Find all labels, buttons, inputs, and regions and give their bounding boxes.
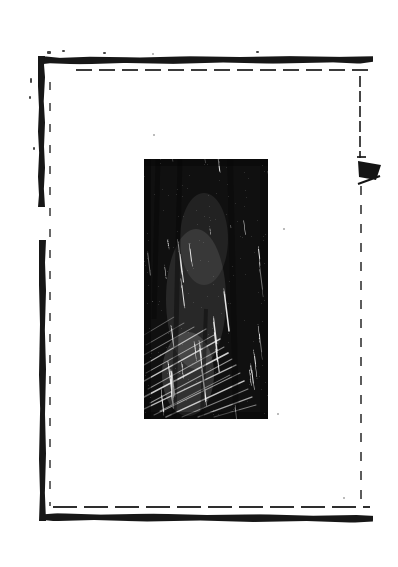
frame-top-border xyxy=(40,56,373,65)
frame-left-inner-rule xyxy=(49,82,51,506)
ink-speck xyxy=(29,96,31,99)
ink-speck xyxy=(343,497,345,499)
frame-right-inner-rule-lower xyxy=(360,186,362,502)
inked-out-block xyxy=(144,159,268,419)
ink-speck xyxy=(33,147,35,150)
ink-speck xyxy=(153,134,155,136)
frame-left-border-lower xyxy=(39,240,46,521)
frame-right-inner-rule-upper xyxy=(359,76,361,158)
frame-left-border-upper xyxy=(38,56,45,207)
scanned-page xyxy=(0,0,398,567)
adjacent-page-corner-artifact xyxy=(354,158,384,188)
ink-speck xyxy=(47,51,51,54)
ink-speck xyxy=(277,413,279,415)
ink-speck xyxy=(62,50,65,52)
frame-top-inner-rule xyxy=(76,69,370,71)
ink-speck xyxy=(283,228,285,230)
frame-bottom-inner-rule xyxy=(53,506,370,508)
ink-speck xyxy=(152,53,154,55)
ink-speck xyxy=(30,78,32,83)
ink-speck xyxy=(103,52,106,54)
ink-speck xyxy=(256,51,259,53)
frame-bottom-border xyxy=(41,513,373,523)
ink-scratch-texture xyxy=(144,159,268,419)
